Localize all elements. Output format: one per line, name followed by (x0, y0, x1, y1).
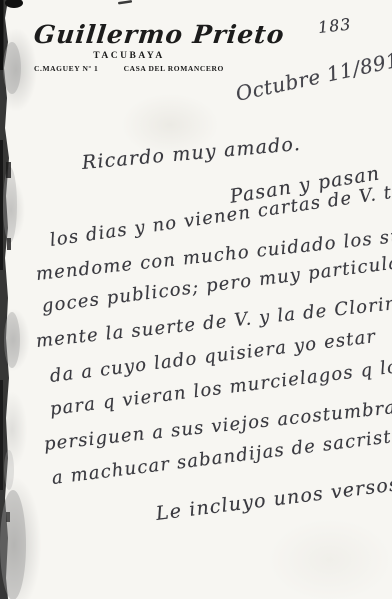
letterhead-address: C.MAGUEY Nº 1 CASA DEL ROMANCERO (34, 64, 224, 73)
letterhead-house-name: CASA DEL ROMANCERO (124, 64, 224, 73)
letter-scan-page: Guillermo Prieto TACUBAYA C.MAGUEY Nº 1 … (0, 0, 392, 599)
handwritten-line-salutation: Ricardo muy amado. (81, 133, 302, 174)
handwritten-line-closing: Le incluyo unos versos (155, 473, 392, 525)
letterhead: Guillermo Prieto TACUBAYA C.MAGUEY Nº 1 … (34, 20, 224, 73)
page-number: 183 (317, 15, 352, 37)
letterhead-city: TACUBAYA (34, 51, 224, 61)
letterhead-street: C.MAGUEY Nº 1 (34, 64, 98, 73)
letterhead-name: Guillermo Prieto (32, 20, 225, 49)
date-line: Octubre 11/891. (234, 46, 392, 106)
